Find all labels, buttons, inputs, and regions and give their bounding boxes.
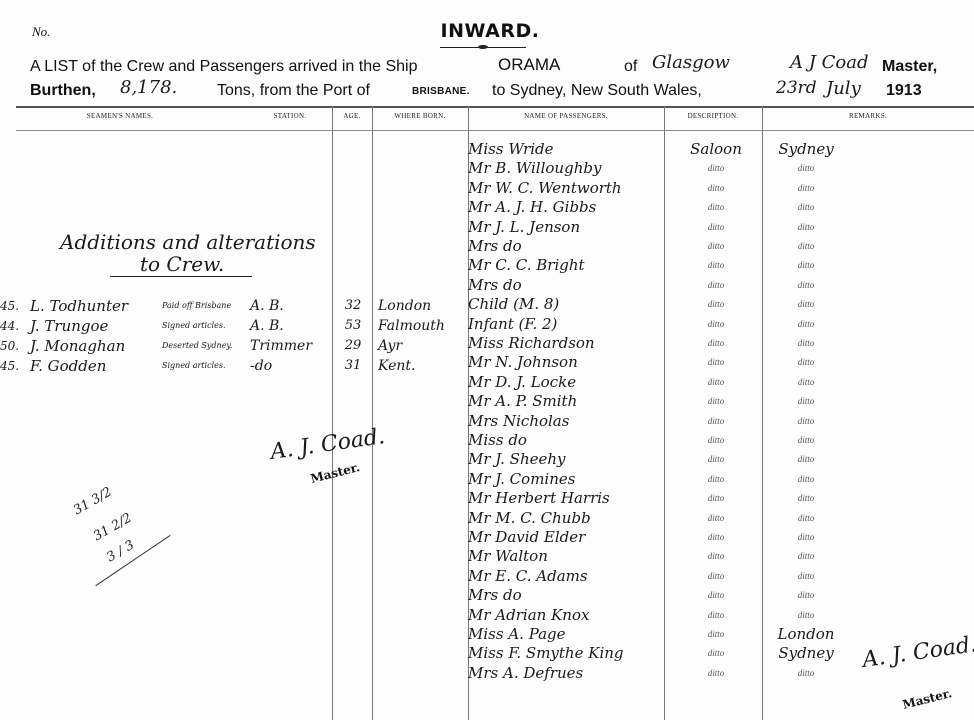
tons-from-label: Tons, from the Port of — [217, 82, 370, 100]
passenger-name: Mr Adrian Knox — [468, 606, 589, 625]
passenger-description: ditto — [668, 179, 764, 198]
passenger-description: ditto — [668, 664, 764, 683]
passenger-description: ditto — [668, 315, 764, 334]
passenger-name: Mr J. Sheehy — [468, 450, 566, 469]
crew-master-signature: A. J. Coad. — [269, 424, 387, 465]
passenger-remarks: ditto — [766, 489, 846, 508]
crew-number: 50. — [0, 336, 19, 356]
passenger-remarks: ditto — [766, 528, 846, 547]
passenger-name: Mr J. L. Jenson — [468, 218, 580, 237]
header-bottom-rule — [16, 130, 974, 131]
margin-calc-line1: 31 3/2 — [71, 485, 115, 519]
crew-row: 50.J. MonaghanDeserted Sydney.Trimmer29A… — [0, 336, 470, 356]
crew-age: 32 — [338, 296, 368, 316]
title-ornament — [440, 47, 526, 48]
passenger-remarks: ditto — [766, 392, 846, 411]
passenger-remarks: ditto — [766, 547, 846, 566]
passenger-name: Miss Richardson — [468, 334, 595, 353]
passenger-name: Infant (F. 2) — [468, 315, 557, 334]
passenger-remarks: ditto — [766, 373, 846, 392]
passenger-description: ditto — [668, 450, 764, 469]
passenger-remarks: ditto — [766, 256, 846, 275]
date-day: 23rd — [776, 78, 817, 98]
passenger-description: ditto — [668, 295, 764, 314]
crew-station: A. B. — [250, 296, 284, 316]
passenger-name: Mr B. Willoughby — [468, 159, 601, 178]
crew-note: Deserted Sydney. — [162, 336, 232, 356]
of-label: of — [624, 58, 637, 76]
passenger-description: ditto — [668, 547, 764, 566]
passenger-remarks: ditto — [766, 179, 846, 198]
passenger-description: ditto — [668, 431, 764, 450]
passenger-name: Mr Walton — [468, 547, 548, 566]
passenger-remarks: ditto — [766, 198, 846, 217]
crew-master-stamp: Master. — [309, 460, 361, 486]
crew-age: 53 — [338, 316, 368, 336]
passenger-name: Mr N. Johnson — [468, 353, 578, 372]
master-label: Master, — [882, 58, 937, 76]
port-from: BRISBANE. — [412, 86, 470, 97]
crew-age: 29 — [338, 336, 368, 356]
passenger-name: Mr David Elder — [468, 528, 585, 547]
passenger-remarks: ditto — [766, 664, 846, 683]
passenger-remarks: ditto — [766, 412, 846, 431]
passenger-remarks: ditto — [766, 606, 846, 625]
passenger-remarks: ditto — [766, 315, 846, 334]
passenger-name: Mr Herbert Harris — [468, 489, 610, 508]
passenger-remarks: ditto — [766, 353, 846, 372]
passenger-remarks: ditto — [766, 450, 846, 469]
crew-station: -do — [250, 356, 272, 376]
column-divider — [332, 106, 333, 720]
passenger-description: ditto — [668, 218, 764, 237]
passenger-remarks: ditto — [766, 567, 846, 586]
crew-number: 44. — [0, 316, 19, 336]
passenger-name: Mr D. J. Locke — [468, 373, 576, 392]
crew-row: 45.F. GoddenSigned articles.-do31Kent. — [0, 356, 470, 376]
passenger-description: ditto — [668, 353, 764, 372]
passenger-remarks: ditto — [766, 470, 846, 489]
passenger-description: ditto — [668, 606, 764, 625]
col-description: Description. — [664, 112, 762, 120]
col-remarks: Remarks. — [762, 112, 974, 120]
passenger-description: ditto — [668, 489, 764, 508]
crew-birthplace: London — [378, 296, 431, 316]
destination: to Sydney, New South Wales, — [492, 82, 702, 100]
date-month: July — [826, 78, 861, 99]
crew-number: 45. — [0, 296, 19, 316]
crew-name: F. Godden — [30, 356, 106, 376]
crew-row: 44.J. TrungoeSigned articles.A. B.53Falm… — [0, 316, 470, 336]
passenger-description: ditto — [668, 373, 764, 392]
passenger-remarks: ditto — [766, 586, 846, 605]
list-line-prefix: A LIST of the Crew and Passengers arrive… — [30, 58, 417, 76]
passenger-description: ditto — [668, 198, 764, 217]
passenger-name: Mrs do — [468, 276, 522, 295]
passenger-description: ditto — [668, 159, 764, 178]
heading-underline — [110, 276, 252, 277]
passenger-description: ditto — [668, 276, 764, 295]
crew-age: 31 — [338, 356, 368, 376]
passenger-name: Child (M. 8) — [468, 295, 559, 314]
crew-birthplace: Ayr — [378, 336, 402, 356]
passenger-description: ditto — [668, 470, 764, 489]
crew-section-subheading: to Crew. — [140, 252, 224, 276]
passenger-remarks: Sydney — [766, 140, 846, 159]
crew-name: J. Trungoe — [30, 316, 108, 336]
passenger-name: Miss A. Page — [468, 625, 566, 644]
passenger-description: ditto — [668, 334, 764, 353]
column-divider — [372, 106, 373, 720]
passenger-name: Miss Wride — [468, 140, 554, 159]
crew-station: A. B. — [250, 316, 284, 336]
crew-birthplace: Falmouth — [378, 316, 445, 336]
burthen-label: Burthen, — [30, 82, 96, 100]
passenger-name: Mrs do — [468, 586, 522, 605]
passenger-remarks: ditto — [766, 276, 846, 295]
col-seamen-names: Seamen's Names. — [20, 112, 220, 120]
col-age: Age. — [332, 112, 372, 120]
passenger-description: ditto — [668, 528, 764, 547]
col-station: Station. — [250, 112, 330, 120]
passenger-remarks: ditto — [766, 431, 846, 450]
passenger-master-stamp: Master. — [901, 686, 953, 712]
passenger-name: Mr A. J. H. Gibbs — [468, 198, 596, 217]
crew-name: J. Monaghan — [30, 336, 125, 356]
passenger-description: ditto — [668, 392, 764, 411]
passenger-description: ditto — [668, 644, 764, 663]
table-top-rule — [16, 106, 974, 108]
tonnage: 8,178. — [120, 77, 177, 98]
passenger-description: ditto — [668, 256, 764, 275]
col-passenger-names: Name of Passengers. — [468, 112, 664, 120]
passenger-description: ditto — [668, 237, 764, 256]
passenger-remarks: ditto — [766, 509, 846, 528]
passenger-remarks: ditto — [766, 159, 846, 178]
crew-number: 45. — [0, 356, 19, 376]
passenger-name: Mr J. Comines — [468, 470, 575, 489]
passenger-description: ditto — [668, 567, 764, 586]
crew-note: Signed articles. — [162, 356, 226, 376]
passenger-name: Mrs Nicholas — [468, 412, 569, 431]
port-of-registry: Glasgow — [652, 52, 730, 73]
passenger-description: ditto — [668, 509, 764, 528]
crew-row: 45.L. TodhunterPaid off BrisbaneA. B.32L… — [0, 296, 470, 316]
number-label: No. — [32, 24, 50, 40]
ship-name: ORAMA — [498, 55, 560, 75]
passenger-remarks: ditto — [766, 295, 846, 314]
crew-note: Signed articles. — [162, 316, 226, 336]
crew-name: L. Todhunter — [30, 296, 128, 316]
calc-strike-line — [95, 535, 170, 586]
form-title: INWARD. — [420, 20, 560, 42]
column-divider — [664, 106, 665, 720]
passenger-remarks: Sydney — [766, 644, 846, 663]
col-where-born: Where Born. — [372, 112, 468, 120]
crew-station: Trimmer — [250, 336, 312, 356]
passenger-remarks: London — [766, 625, 846, 644]
passenger-remarks: ditto — [766, 334, 846, 353]
passenger-description: ditto — [668, 586, 764, 605]
crew-section-heading: Additions and alterations — [60, 230, 316, 254]
passenger-master-signature: A. J. Coad. — [861, 632, 974, 673]
passenger-name: Mr W. C. Wentworth — [468, 179, 622, 198]
master-name: A J Coad — [790, 52, 869, 73]
passenger-name: Mrs A. Defrues — [468, 664, 583, 683]
passenger-name: Miss do — [468, 431, 527, 450]
passenger-name: Mr C. C. Bright — [468, 256, 585, 275]
crew-birthplace: Kent. — [378, 356, 415, 376]
crew-note: Paid off Brisbane — [162, 296, 231, 316]
passenger-name: Mrs do — [468, 237, 522, 256]
passenger-description: ditto — [668, 625, 764, 644]
passenger-remarks: ditto — [766, 237, 846, 256]
passenger-description: Saloon — [668, 140, 764, 159]
date-year: 1913 — [886, 82, 922, 100]
passenger-name: Mr M. C. Chubb — [468, 509, 591, 528]
passenger-description: ditto — [668, 412, 764, 431]
passenger-name: Mr E. C. Adams — [468, 567, 588, 586]
passenger-name: Mr A. P. Smith — [468, 392, 577, 411]
passenger-remarks: ditto — [766, 218, 846, 237]
passenger-name: Miss F. Smythe King — [468, 644, 624, 663]
